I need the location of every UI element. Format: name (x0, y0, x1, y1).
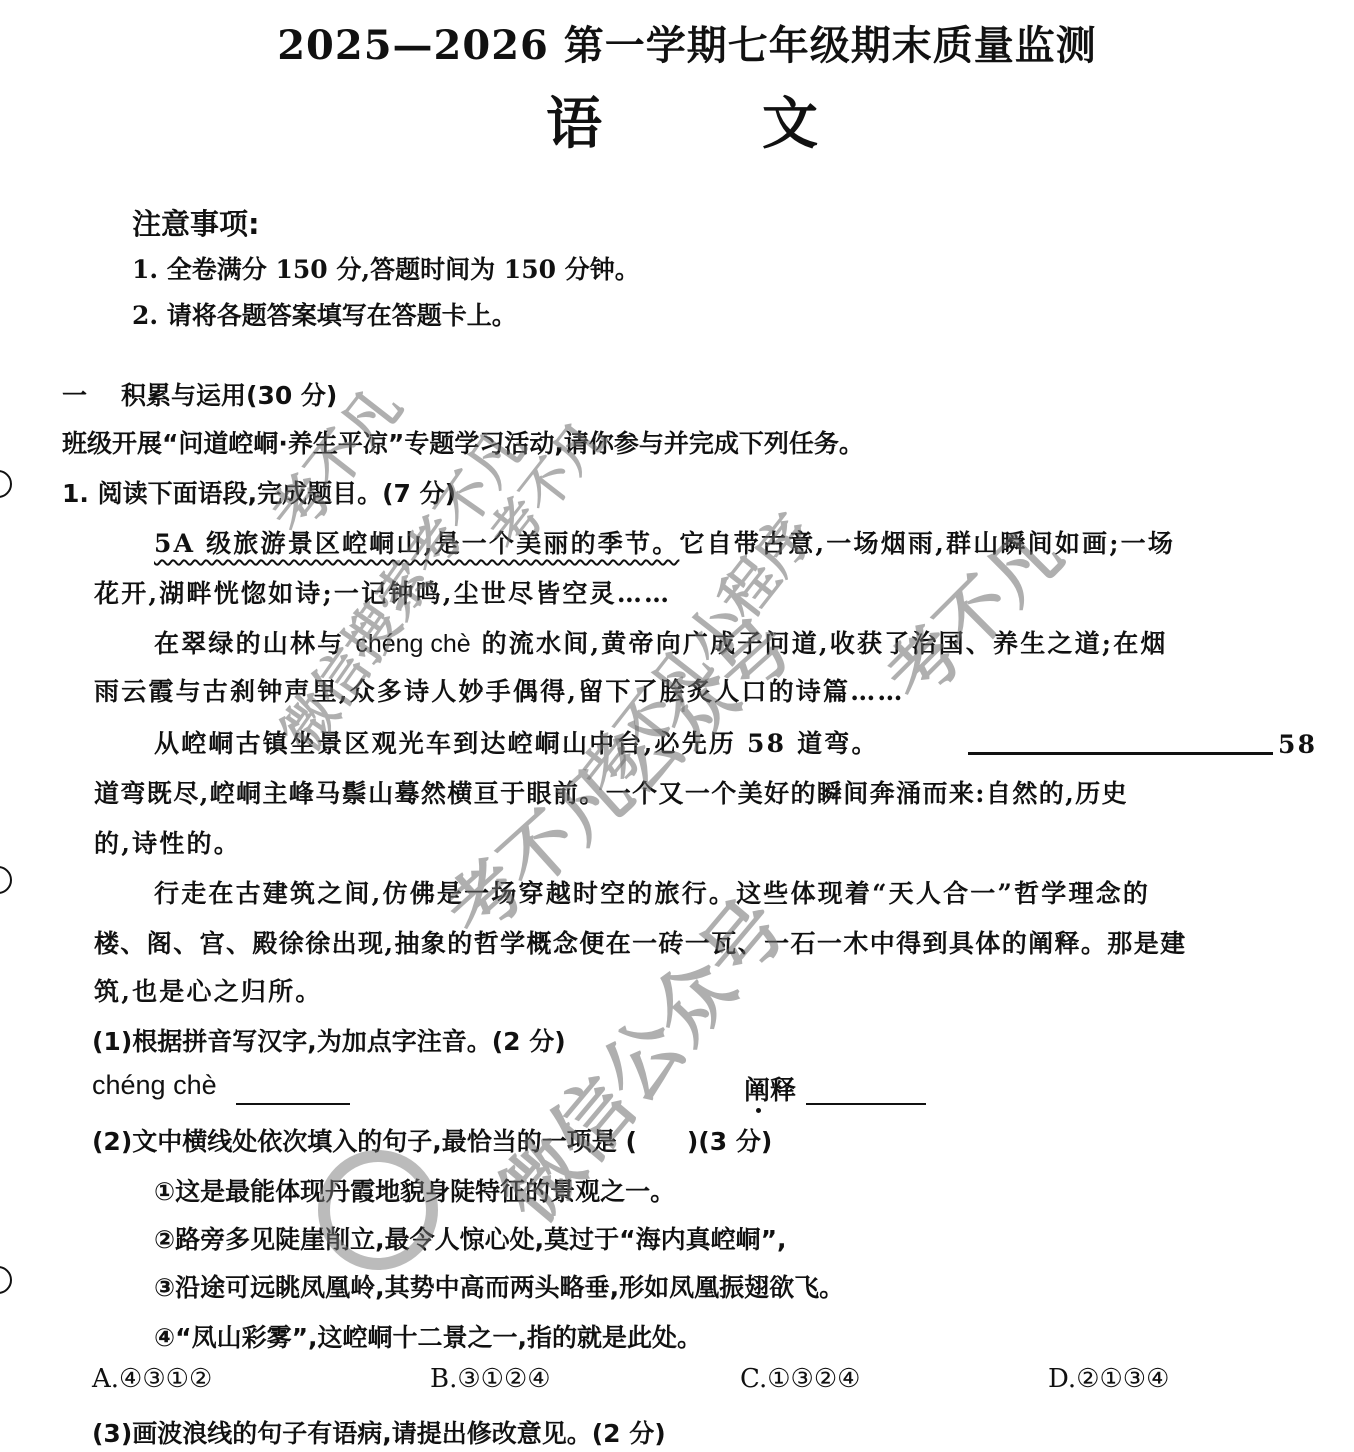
exam-title: 2025—2026 第一学期七年级期末质量监测 (0, 14, 1354, 71)
notice-item-1: 1. 全卷满分 150 分,答题时间为 150 分钟。 (132, 250, 640, 286)
choice-letter: A. (92, 1364, 119, 1394)
pinyin-prompt: chéng chè (92, 1070, 217, 1101)
notice-heading: 注意事项: (132, 202, 260, 243)
pinyin-text: chéng chè (355, 630, 470, 658)
subquestion-2-label: (2)文中横线处依次填入的句子,最恰当的一项是 ( )(3 分) (92, 1122, 772, 1158)
choice-order: ②①③④ (1076, 1364, 1169, 1394)
passage-p3-line2: 道弯既尽,崆峒主峰马鬃山蓦然横亘于眼前。一个又一个美好的瞬间奔涌而来:自然的,历… (94, 774, 1128, 810)
passage-p4-line2: 楼、阁、宫、殿徐徐出现,抽象的哲学概念便在一砖一瓦、一石一木中得到具体的阐释。那… (94, 924, 1187, 960)
choice-b[interactable]: B.③①②④ (430, 1364, 551, 1394)
section-heading: 一积累与运用(30 分) (62, 376, 337, 412)
notice-item-2: 2. 请将各题答案填写在答题卡上。 (132, 296, 517, 332)
subject-title-char-1: 语 (546, 80, 602, 160)
choice-letter: C. (740, 1364, 767, 1394)
choice-order: ④③①② (119, 1364, 212, 1394)
emphasis-dot (756, 1108, 761, 1113)
sentence-option-3: ③沿途可远眺凤凰岭,其势中高而两头略垂,形如凤凰振翅欲飞。 (154, 1268, 844, 1304)
choice-d[interactable]: D.②①③④ (1048, 1364, 1169, 1394)
passage-text: 在翠绿的山林与 (154, 629, 344, 658)
subquestion-1-label: (1)根据拼音写汉字,为加点字注音。(2 分) (92, 1022, 566, 1058)
subject-title-char-2: 文 (762, 80, 818, 160)
choice-a[interactable]: A.④③①② (92, 1364, 212, 1394)
passage-p3-line1: 从崆峒古镇坐景区观光车到达崆峒山中台,必先历 58 道弯。 (154, 724, 879, 760)
binding-hole-mark (0, 1266, 12, 1294)
choice-c[interactable]: C.①③②④ (740, 1364, 860, 1394)
choice-order: ①③②④ (767, 1364, 860, 1394)
sentence-option-2: ②路旁多见陡崖削立,最令人惊心处,莫过于“海内真崆峒”, (154, 1220, 787, 1256)
fill-in-blank-line[interactable] (968, 752, 1273, 755)
passage-p4-line3: 筑,也是心之归所。 (94, 972, 323, 1008)
passage-p1-line2: 花开,湖畔恍惚如诗;一记钟鸣,尘世尽皆空灵…… (94, 574, 671, 610)
passage-p1-line1: 5A 级旅游景区崆峒山,是一个美丽的季节。它自带古意,一场烟雨,群山瞬间如画;一… (154, 524, 1175, 560)
binding-hole-mark (0, 470, 12, 498)
choice-letter: D. (1048, 1364, 1076, 1394)
passage-p3-line3: 的,诗性的。 (94, 824, 241, 860)
passage-p2-line2: 雨云霞与古刹钟声里,众多诗人妙手偶得,留下了脍炙人口的诗篇…… (94, 672, 905, 708)
question-1-label: 1. 阅读下面语段,完成题目。(7 分) (62, 474, 456, 510)
passage-text: 它自带古意,一场烟雨,群山瞬间如画;一场 (679, 529, 1175, 558)
passage-p4-line1: 行走在古建筑之间,仿佛是一场穿越时空的旅行。这些体现着“天人合一”哲学理念的 (154, 874, 1150, 910)
section-number: 一 (62, 381, 87, 410)
binding-hole-mark (0, 866, 12, 894)
section-title: 积累与运用(30 分) (121, 381, 337, 410)
answer-blank-pinyin[interactable] (236, 1103, 350, 1105)
section-intro: 班级开展“问道崆峒·养生平凉”专题学习活动,请你参与并完成下列任务。 (62, 424, 864, 460)
wavy-underlined-sentence: 5A 级旅游景区崆峒山,是一个美丽的季节。 (154, 529, 679, 558)
dotted-word: 阐释 (744, 1070, 796, 1107)
exam-page: 2025—2026 第一学期七年级期末质量监测 语 文 注意事项: 1. 全卷满… (0, 0, 1354, 1452)
passage-p2-line1: 在翠绿的山林与 chéng chè 的流水间,黄帝向广成子问道,收获了治国、养生… (154, 624, 1168, 660)
subquestion-3-label: (3)画波浪线的句子有语病,请提出修改意见。(2 分) (92, 1414, 666, 1450)
passage-text: 的流水间,黄帝向广成子问道,收获了治国、养生之道;在烟 (482, 629, 1168, 658)
sentence-option-1: ①这是最能体现丹霞地貌身陡特征的景观之一。 (154, 1172, 675, 1208)
sentence-option-4: ④“凤山彩雾”,这崆峒十二景之一,指的就是此处。 (154, 1318, 702, 1354)
answer-blank-annotation[interactable] (806, 1103, 926, 1105)
choice-letter: B. (430, 1364, 457, 1394)
passage-p3-trailing-number: 58 (1278, 730, 1317, 759)
choice-order: ③①②④ (457, 1364, 550, 1394)
